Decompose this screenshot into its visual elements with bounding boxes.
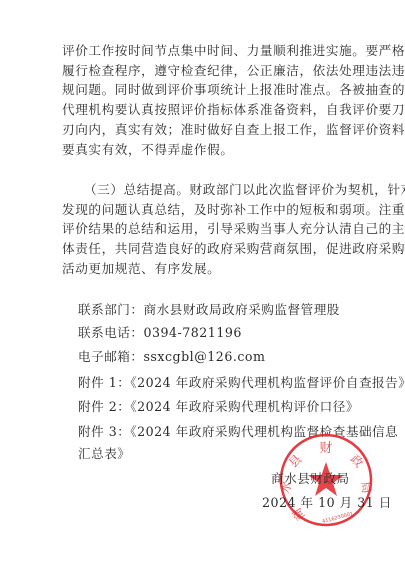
paragraph-line: 评价工作按时间节点集中时间、力量顺利推进实施。要严格: [62, 43, 405, 59]
attachment-1: 附件 1：《2024 年政府采购代理机构监督评价自查报告》: [78, 375, 405, 391]
paragraph-line: 体责任，共同营造良好的政府采购营商氛围，促进政府采购: [62, 241, 405, 257]
contact-department: 联系部门：商水县财政局政府采购监督管理股: [78, 302, 340, 318]
paragraph-line: 活动更加规范、有序发展。: [62, 261, 220, 277]
paragraph-line: 刃向内，真实有效；准时做好自查上报工作，监督评价资料: [62, 122, 405, 138]
signature-date: 2024 年 10 月 31 日: [262, 492, 392, 511]
document-page: 评价工作按时间节点集中时间、力量顺利推进实施。要严格 履行检查程序，遵守检查纪律…: [0, 0, 405, 567]
paragraph-line: 规问题。同时做到评价事项统计上报准时准点。各被抽查的: [62, 82, 405, 98]
paragraph-line: 评价结果的总结和运用，引导采购当事人充分认清自己的主: [62, 221, 405, 237]
contact-email: 电子邮箱：ssxcgbl@126.com: [78, 349, 265, 365]
paragraph-line: 代理机构要认真按照评价指标体系准备资料，自我评价要刀: [62, 102, 405, 118]
attachment-3-continued: 汇总表》: [78, 446, 130, 462]
attachment-2: 附件 2：《2024 年政府采购代理机构评价口径》: [78, 399, 359, 415]
paragraph-line: 履行检查程序，遵守检查纪律，公正廉洁，依法处理违法违: [62, 63, 405, 79]
contact-phone: 联系电话：0394-7821196: [78, 325, 242, 341]
svg-text:财: 财: [319, 440, 332, 456]
section-heading-line: （三）总结提高。财政部门以此次监督评价为契机，针对: [84, 182, 405, 198]
paragraph-line: 要真实有效，不得弄虚作假。: [62, 142, 234, 158]
signature-org: 商水县财政局: [271, 468, 350, 487]
paragraph-line: 发现的问题认真总结，及时弥补工作中的短板和弱项。注重: [62, 202, 405, 218]
